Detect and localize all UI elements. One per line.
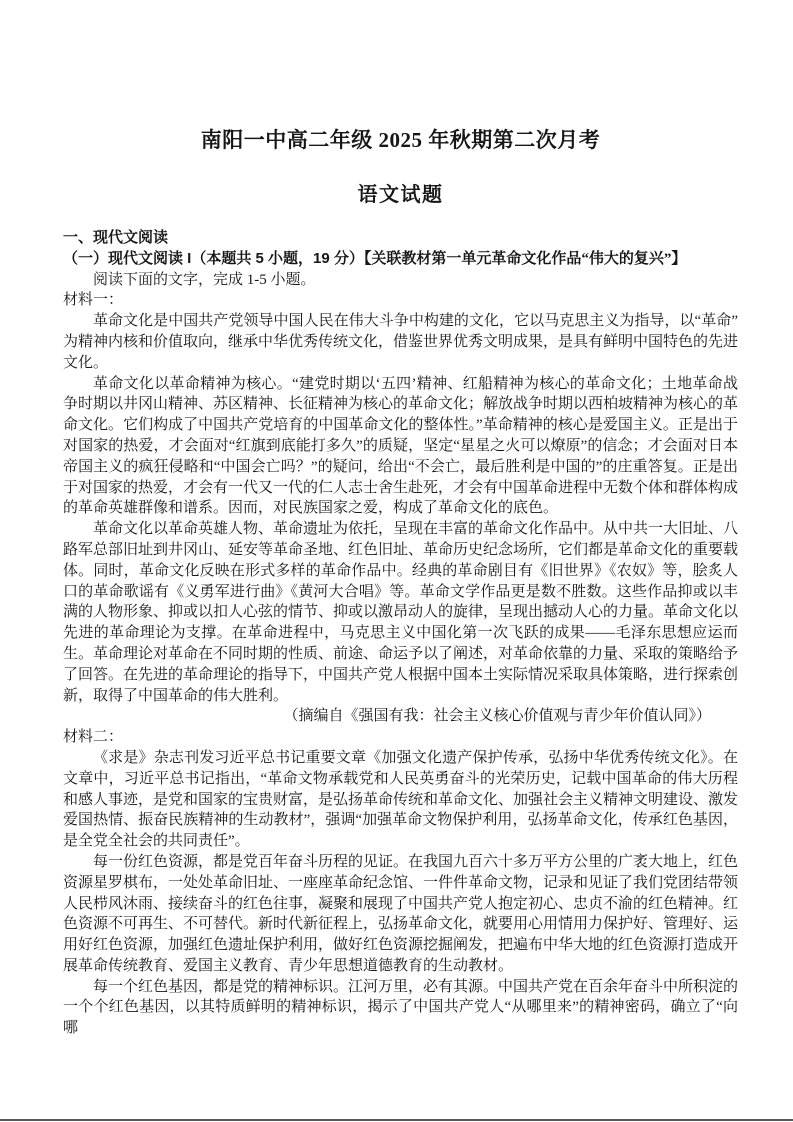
- material-two-paragraph-1: 《求是》杂志刊发习近平总书记重要文章《加强文化遗产保护传承，弘扬中华优秀传统文化…: [63, 748, 738, 852]
- subsection-heading: （一）现代文阅读 I（本题共 5 小题，19 分）【关联教材第一单元革命文化作品…: [63, 249, 738, 270]
- material-one-paragraph-3: 革命文化以革命英雄人物、革命遗址为依托，呈现在丰富的革命文化作品中。从中共一大旧…: [63, 519, 738, 706]
- material-two-paragraph-3: 每一个红色基因，都是党的精神标识。江河万里，必有其源。中国共产党在百余年奋斗中所…: [63, 977, 738, 1039]
- subsection-textbook-note: 【关联教材第一单元革命文化作品“伟大的复兴”】: [364, 251, 687, 267]
- exam-page: 南阳一中高二年级 2025 年秋期第二次月考 语文试题 一、现代文阅读 （一）现…: [0, 0, 793, 1122]
- document-body: 南阳一中高二年级 2025 年秋期第二次月考 语文试题 一、现代文阅读 （一）现…: [0, 0, 793, 1039]
- exam-subtitle: 语文试题: [63, 183, 738, 207]
- section-heading-modern-reading: 一、现代文阅读: [63, 228, 738, 249]
- material-two-paragraph-2: 每一份红色资源，都是党百年奋斗历程的见证。在我国九百六十多万平方公里的广袤大地上…: [63, 852, 738, 977]
- material-one-source-attribution: （摘编自《强国有我：社会主义核心价值观与青少年价值认同》）: [63, 706, 738, 727]
- reading-instruction: 阅读下面的文字，完成 1-5 小题。: [63, 270, 738, 291]
- exam-content: 一、现代文阅读 （一）现代文阅读 I（本题共 5 小题，19 分）【关联教材第一…: [63, 228, 738, 1039]
- exam-title: 南阳一中高二年级 2025 年秋期第二次月考: [63, 128, 738, 153]
- subsection-heading-main: （一）现代文阅读 I（本题共 5 小题，19 分）: [63, 250, 364, 267]
- material-one-paragraph-1: 革命文化是中国共产党领导中国人民在伟大斗争中构建的文化，它以马克思主义为指导，以…: [63, 311, 738, 373]
- material-one-paragraph-2: 革命文化以革命精神为核心。“建党时期以‘五四’精神、红船精神为核心的革命文化；土…: [63, 374, 738, 520]
- page-bottom-edge-line: [0, 1119, 793, 1122]
- material-one-label: 材料一：: [63, 290, 738, 311]
- material-two-label: 材料二：: [63, 727, 738, 748]
